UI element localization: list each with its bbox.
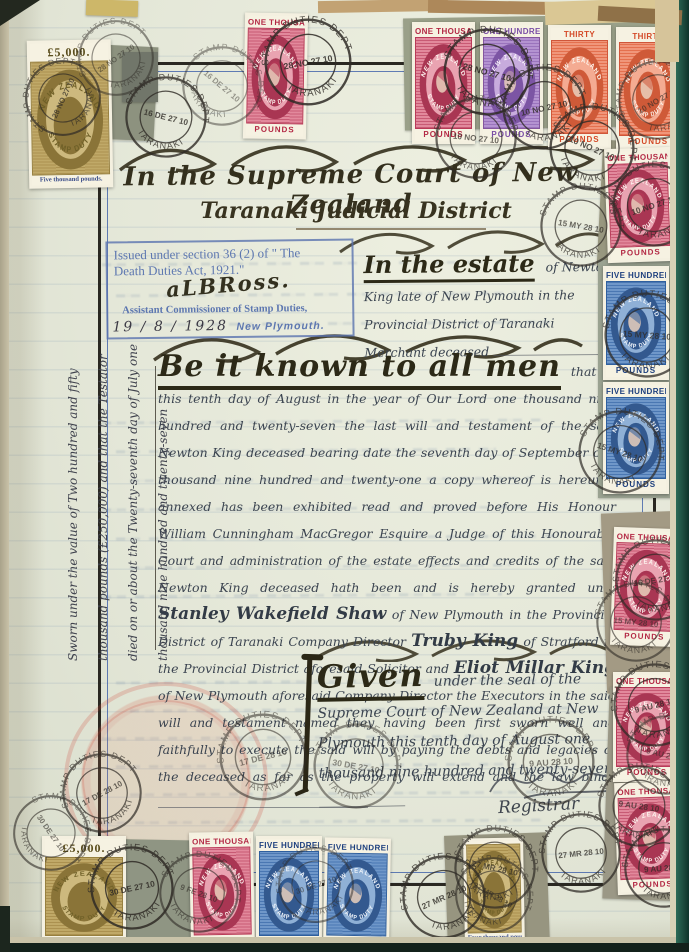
- stamp-vignette: NEW ZEALANDSTAMP DUTY: [259, 851, 319, 936]
- stamp-unit: POUNDS: [606, 365, 666, 377]
- revenue-stamp-one-thousand: ONE THOUSANDNEW ZEALANDSTAMP DUTYPOUNDS: [604, 147, 674, 263]
- estate-lead: In the estate: [363, 249, 534, 283]
- grant-lead: Be it known to all men: [158, 349, 561, 390]
- queen-portrait-oval: NEW ZEALANDSTAMP DUTY: [615, 543, 678, 631]
- background-right: [676, 0, 689, 952]
- stamp-unit: POUNDS: [606, 479, 666, 491]
- stamp-vignette: NEW ZEALANDSTAMP DUTY: [30, 60, 110, 175]
- stamp-vignette: NEW ZEALANDSTAMP DUTY: [246, 28, 305, 125]
- probate-document-photo: In the Supreme Court of New Zealand Tara…: [0, 0, 689, 952]
- queen-portrait-oval: NEW ZEALANDSTAMP DUTY: [327, 854, 386, 936]
- stamp-unit: POUNDS: [613, 630, 675, 644]
- stamp-vignette: NEW ZEALANDSTAMP DUTY: [606, 281, 666, 365]
- queen-portrait-oval: NEW ZEALANDSTAMP DUTY: [609, 163, 670, 247]
- stamp-unit: POUNDS: [610, 246, 670, 260]
- executor-name: Stanley Wakefield Shaw: [158, 604, 386, 624]
- revenue-stamp-thirty: THIRTYNEW ZEALANDSTAMP DUTYPOUNDS: [548, 25, 611, 149]
- stamp-unit: POUNDS: [246, 123, 303, 136]
- background-bottom: [0, 943, 689, 952]
- queen-portrait-oval: NEW ZEALANDSTAMP DUTY: [46, 858, 122, 935]
- queen-portrait-oval: NEW ZEALANDSTAMP DUTY: [193, 848, 250, 935]
- revenue-stamp-one-thousand: ONE THOUSANDNEW ZEALANDSTAMP DUTYPOUNDS: [189, 831, 255, 950]
- stamp-denomination: ONE HUNDRED: [483, 25, 540, 37]
- issue-place: New Plymouth.: [236, 320, 324, 333]
- queen-portrait-oval: NEW ZEALANDSTAMP DUTY: [607, 282, 665, 364]
- paper-stack-strip: [655, 0, 679, 62]
- stamp-denomination: FIVE HUNDRED: [606, 385, 666, 397]
- stamp-vignette: NEW ZEALANDSTAMP DUTY: [45, 857, 123, 936]
- stamp-vignette: NEW ZEALANDSTAMP DUTY: [551, 40, 608, 134]
- stamp-vignette: NEW ZEALANDSTAMP DUTY: [415, 37, 472, 129]
- stamp-vignette: NEW ZEALANDSTAMP DUTY: [326, 852, 387, 936]
- stamp-unit: Five thousand pounds.: [32, 174, 110, 185]
- revenue-stamp-five-hundred: FIVE HUNDREDNEW ZEALANDSTAMP DUTYPOUNDS: [603, 382, 669, 494]
- stamp-duties-issue-box: Issued under section 36 (2) of " The Dea…: [105, 238, 354, 339]
- stamp-vignette: NEW ZEALANDSTAMP DUTY: [192, 847, 252, 936]
- revenue-stamp--5-000-: £5,000.NEW ZEALANDSTAMP DUTYFive thousan…: [27, 39, 114, 188]
- revenue-stamp-five-hundred: FIVE HUNDREDNEW ZEALANDSTAMP DUTYPOUNDS: [256, 836, 322, 951]
- registrar-label: Registrar: [498, 794, 580, 818]
- executor-name: Truby King: [411, 631, 518, 651]
- stamp-vignette: NEW ZEALANDSTAMP DUTY: [608, 162, 671, 248]
- grant-text: that on this tenth day of August in the …: [158, 364, 616, 595]
- revenue-stamp-four-thousand: NEW ZEALANDSTAMP DUTYFour thousand pound…: [463, 837, 525, 946]
- stamp-vignette: NEW ZEALANDSTAMP DUTY: [616, 687, 678, 767]
- stamp-unit: POUNDS: [551, 134, 608, 146]
- queen-portrait-oval: NEW ZEALANDSTAMP DUTY: [617, 688, 677, 766]
- queen-portrait-oval: NEW ZEALANDSTAMP DUTY: [552, 41, 607, 133]
- queen-portrait-oval: NEW ZEALANDSTAMP DUTY: [607, 398, 665, 478]
- commissioner-title: Assistant Commissioner of Stamp Duties,: [122, 303, 307, 316]
- stamp-backing-paper: [122, 52, 158, 102]
- stamp-denomination: FIVE HUNDRED: [606, 269, 666, 281]
- queen-portrait-oval: NEW ZEALANDSTAMP DUTY: [416, 38, 471, 128]
- revenue-stamp-five-hundred: FIVE HUNDREDNEW ZEALANDSTAMP DUTYPOUNDS: [603, 266, 669, 380]
- sworn-value-margin-note: Sworn under the value of Two hundred and…: [58, 331, 154, 661]
- queen-portrait-oval: NEW ZEALANDSTAMP DUTY: [31, 61, 109, 174]
- queen-portrait-oval: NEW ZEALANDSTAMP DUTY: [484, 38, 539, 128]
- document-page: In the Supreme Court of New Zealand Tara…: [6, 0, 678, 948]
- stamp-denomination: ONE THOUSAND: [616, 675, 678, 687]
- revenue-stamp-one-hundred: ONE HUNDREDNEW ZEALANDSTAMP DUTYPOUNDS: [480, 22, 543, 144]
- stamp-denomination: £5,000.: [30, 42, 108, 61]
- revenue-stamp--5-000-: £5,000.NEW ZEALANDSTAMP DUTYFive thousan…: [42, 836, 126, 949]
- stamp-unit: POUNDS: [415, 129, 472, 141]
- stamp-vignette: NEW ZEALANDSTAMP DUTY: [606, 397, 666, 479]
- revenue-stamp-one-thousand: ONE THOUSANDNEW ZEALANDSTAMP DUTYPOUNDS: [243, 12, 308, 139]
- stamp-vignette: NEW ZEALANDSTAMP DUTY: [613, 542, 678, 632]
- stamp-unit: POUNDS: [616, 767, 678, 779]
- stamp-denomination: THIRTY: [551, 28, 608, 40]
- page-stack-edge-left: [0, 0, 9, 952]
- stamp-vignette: NEW ZEALANDSTAMP DUTY: [483, 37, 540, 129]
- blank-rule: [319, 795, 405, 807]
- stamp-denomination: FIVE HUNDRED: [328, 840, 388, 853]
- revenue-stamp-five-hundred: FIVE HUNDREDNEW ZEALANDSTAMP DUTYPOUNDS: [323, 837, 391, 951]
- revenue-stamp-one-thousand: ONE THOUSANDNEW ZEALANDSTAMP DUTYPOUNDS: [412, 22, 475, 144]
- heading-underline: [296, 228, 486, 230]
- court-heading-line2: Taranaki Judicial District: [146, 198, 566, 224]
- queen-portrait-oval: NEW ZEALANDSTAMP DUTY: [247, 29, 304, 124]
- given-lead: Given: [317, 656, 424, 702]
- stamp-denomination: ONE THOUSAND: [415, 25, 472, 37]
- stamp-denomination: ONE THOUSAND: [192, 835, 250, 848]
- stamp-vignette: NEW ZEALANDSTAMP DUTY: [466, 844, 522, 934]
- background-bottom-left-corner: [0, 906, 10, 952]
- stamp-denomination: ONE THOUSAND: [248, 16, 305, 29]
- stamp-denomination: FIVE HUNDRED: [259, 839, 319, 851]
- queen-portrait-oval: NEW ZEALANDSTAMP DUTY: [260, 852, 318, 935]
- queen-portrait-oval: NEW ZEALANDSTAMP DUTY: [467, 845, 521, 933]
- stamp-unit: POUNDS: [483, 129, 540, 141]
- paper-tab: [86, 0, 139, 17]
- stamp-denomination: £5,000.: [45, 839, 123, 857]
